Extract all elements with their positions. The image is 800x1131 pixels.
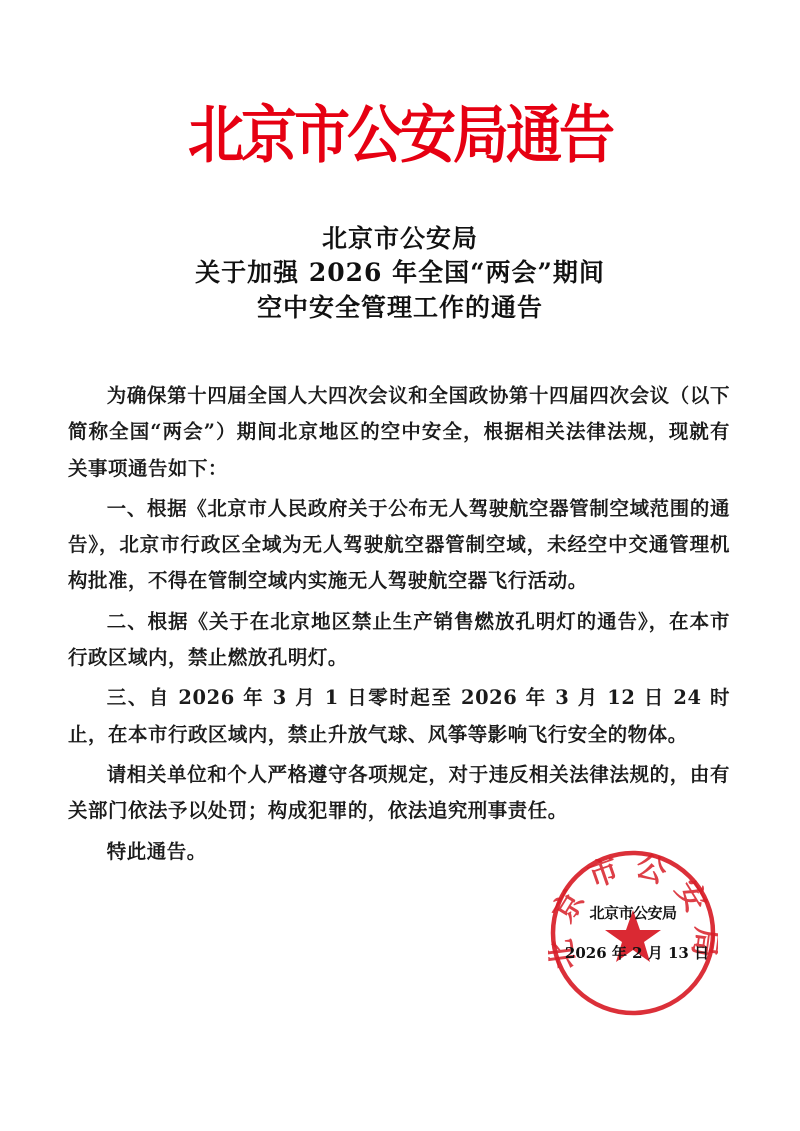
paragraph-item-2: 二、根据《关于在北京地区禁止生产销售燃放孔明灯的通告》，在本市行政区域内，禁止燃… bbox=[68, 604, 730, 677]
subtitle-line-3: 空中安全管理工作的通告 bbox=[0, 291, 800, 325]
notice-page: 北京市公安局通告 北京市公安局 关于加强 2026 年全国“两会”期间 空中安全… bbox=[0, 0, 800, 1131]
signature-organization: 北京市公安局 bbox=[548, 902, 718, 923]
seal-stamp-icon: 北京市公安局 bbox=[548, 848, 718, 1018]
red-header-title: 北京市公安局通告 bbox=[0, 96, 800, 174]
notice-body: 为确保第十四届全国人大四次会议和全国政协第十四届四次会议（以下简称全国“两会”）… bbox=[68, 378, 730, 874]
paragraph-item-1: 一、根据《北京市人民政府关于公布无人驾驶航空器管制空域范围的通告》，北京市行政区… bbox=[68, 491, 730, 600]
subtitle-line-1: 北京市公安局 bbox=[0, 222, 800, 256]
official-seal: 北京市公安局 北京市公安局 2026 年 2 月 13 日 bbox=[548, 848, 718, 1018]
paragraph-intro: 为确保第十四届全国人大四次会议和全国政协第十四届四次会议（以下简称全国“两会”）… bbox=[68, 378, 730, 487]
paragraph-compliance: 请相关单位和个人严格遵守各项规定，对于违反相关法律法规的，由有关部门依法予以处罚… bbox=[68, 757, 730, 830]
paragraph-item-3: 三、自 2026 年 3 月 1 日零时起至 2026 年 3 月 12 日 2… bbox=[68, 680, 730, 753]
signature-date: 2026 年 2 月 13 日 bbox=[548, 942, 726, 963]
subtitle-line-2: 关于加强 2026 年全国“两会”期间 bbox=[0, 256, 800, 290]
